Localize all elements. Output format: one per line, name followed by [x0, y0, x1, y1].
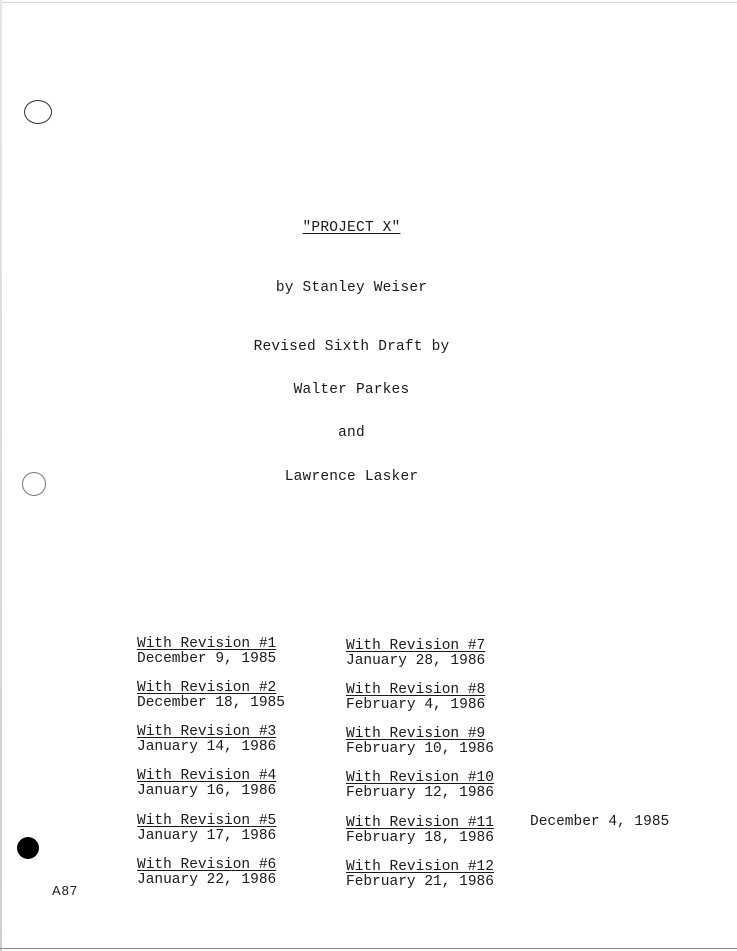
page-bottom-edge: [0, 948, 737, 949]
revision-label: With Revision #8: [346, 683, 485, 698]
revision-entry: With Revision #12February 21, 1986: [346, 860, 494, 890]
page-top-edge: [0, 2, 737, 3]
revision-entry: With Revision #3January 14, 1986: [137, 725, 276, 755]
revision-label: With Revision #5: [137, 814, 276, 829]
revision-date: February 12, 1986: [346, 786, 494, 801]
revision-date: January 14, 1986: [137, 740, 276, 755]
revision-date: January 22, 1986: [137, 873, 276, 888]
revision-date: February 10, 1986: [346, 742, 494, 757]
revision-label: With Revision #11: [346, 816, 494, 831]
revision-label: With Revision #2: [137, 681, 285, 696]
revision-entry: With Revision #11February 18, 1986: [346, 816, 494, 846]
revision-label: With Revision #7: [346, 639, 485, 654]
revision-label: With Revision #6: [137, 858, 276, 873]
revision-date: February 4, 1986: [346, 698, 485, 713]
revised-draft-line: Revised Sixth Draft by: [0, 339, 703, 355]
revision-label: With Revision #12: [346, 860, 494, 875]
script-title-text: "PROJECT X": [303, 220, 401, 236]
revision-date: February 21, 1986: [346, 875, 494, 890]
script-title-page: "PROJECT X" by Stanley Weiser Revised Si…: [0, 0, 737, 951]
revision-date: January 28, 1986: [346, 654, 485, 669]
revision-label: With Revision #10: [346, 771, 494, 786]
revision-entry: With Revision #4January 16, 1986: [137, 769, 276, 799]
writer-name: Walter Parkes: [0, 382, 703, 398]
revision-entry: With Revision #7January 28, 1986: [346, 639, 485, 669]
revision-label: With Revision #1: [137, 637, 276, 652]
punch-hole-bottom-icon: [17, 837, 39, 859]
writer-name: Lawrence Lasker: [0, 469, 703, 485]
revision-date: December 9, 1985: [137, 652, 276, 667]
revision-date: January 17, 1986: [137, 829, 276, 844]
revision-entry: With Revision #5January 17, 1986: [137, 814, 276, 844]
revision-label: With Revision #4: [137, 769, 276, 784]
revision-entry: With Revision #1December 9, 1985: [137, 637, 276, 667]
page-code: A87: [52, 883, 78, 898]
revision-entry: With Revision #9February 10, 1986: [346, 727, 494, 757]
byline: by Stanley Weiser: [0, 280, 703, 296]
revision-date: January 16, 1986: [137, 784, 276, 799]
revision-label: With Revision #9: [346, 727, 494, 742]
revision-date: December 18, 1985: [137, 696, 285, 711]
revision-entry: With Revision #10February 12, 1986: [346, 771, 494, 801]
revision-label: With Revision #3: [137, 725, 276, 740]
revision-date: February 18, 1986: [346, 831, 494, 846]
conjunction: and: [0, 425, 703, 441]
punch-hole-top-icon: [24, 100, 52, 124]
script-title: "PROJECT X": [0, 220, 703, 236]
revision-entry: With Revision #2December 18, 1985: [137, 681, 285, 711]
revision-entry: With Revision #8February 4, 1986: [346, 683, 485, 713]
draft-date: December 4, 1985: [530, 814, 669, 830]
revision-entry: With Revision #6January 22, 1986: [137, 858, 276, 888]
